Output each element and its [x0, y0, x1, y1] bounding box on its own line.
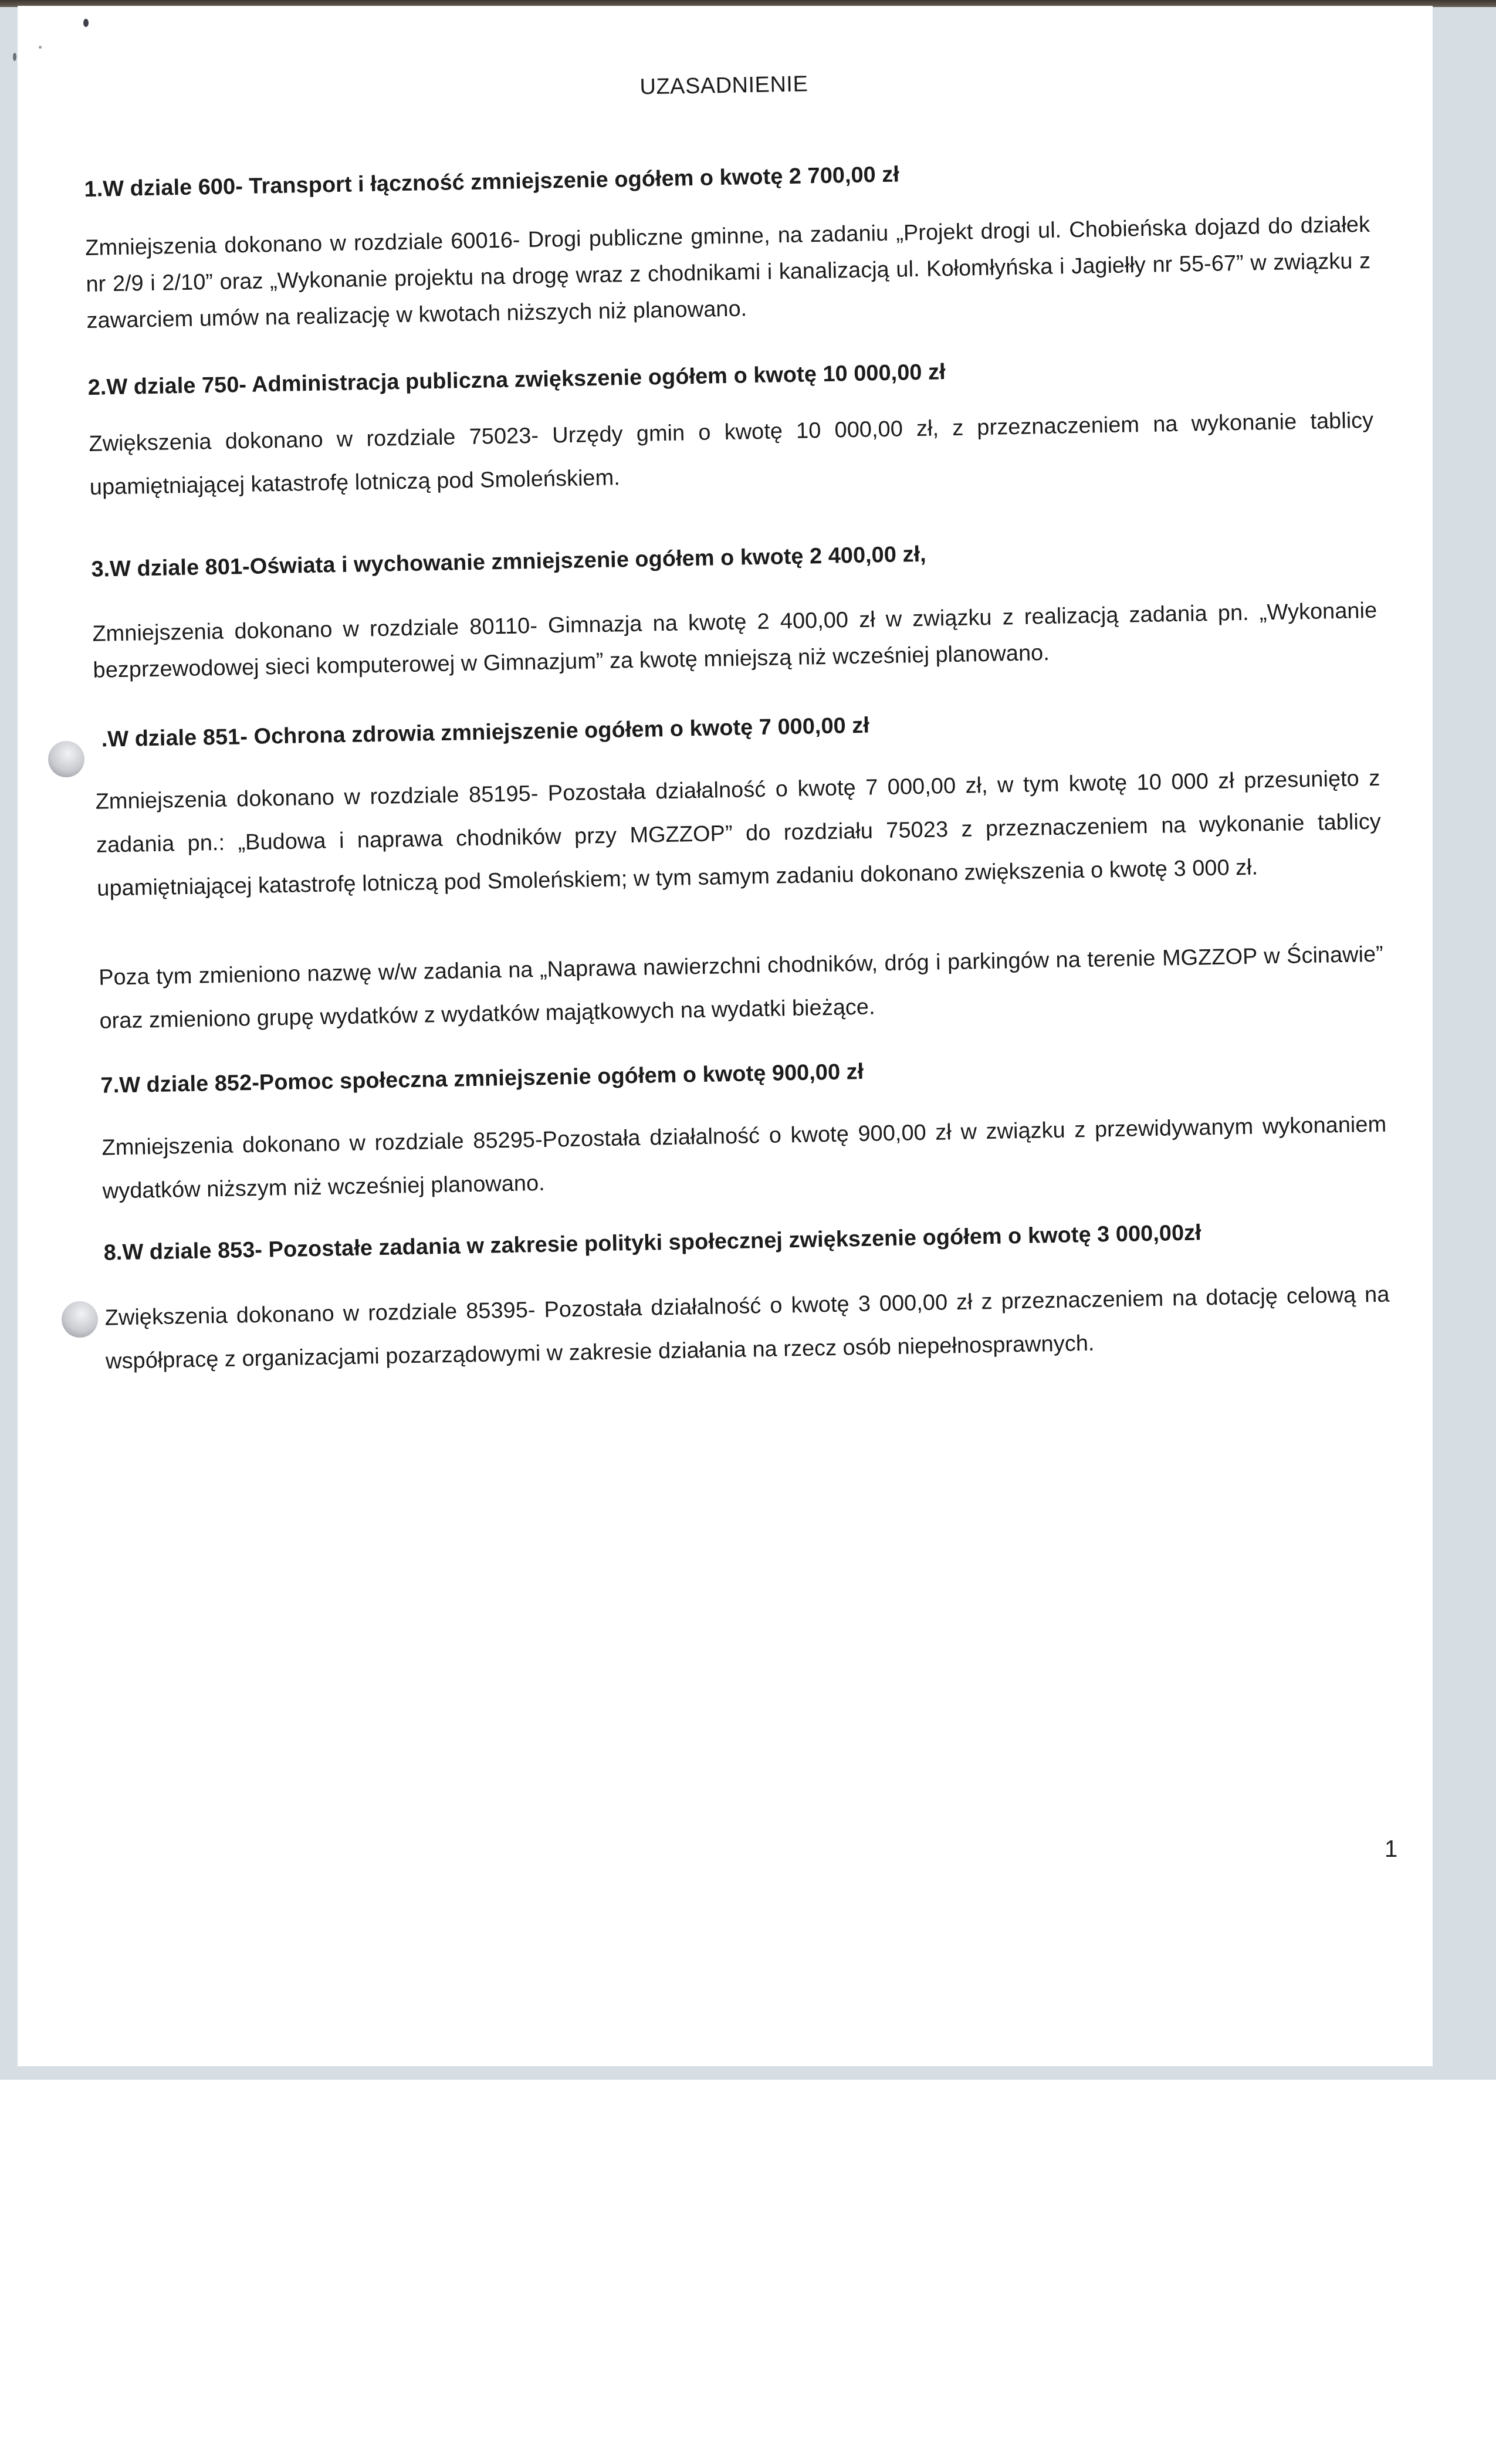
- document-page: UZASADNIENIE 1.W dziale 600- Transport i…: [18, 6, 1433, 2066]
- dust-speck: [13, 53, 16, 61]
- section-paragraph-851: Zmniejszenia dokonano w rozdziale 85195-…: [95, 757, 1382, 911]
- section-heading-852: 7.W dziale 852-Pomoc społeczna zmniejsze…: [100, 1060, 864, 1099]
- section-paragraph-750: Zwiększenia dokonano w rozdziale 75023- …: [89, 399, 1375, 509]
- section-paragraph-851-name-change: Poza tym zmieniono nazwę w/w zadania na …: [98, 933, 1384, 1043]
- document-body: UZASADNIENIE 1.W dziale 600- Transport i…: [82, 52, 1402, 76]
- punch-hole: [62, 1301, 98, 1338]
- section-paragraph-853: Zwiększenia dokonano w rozdziale 85395- …: [104, 1273, 1390, 1383]
- section-paragraph-852: Zmniejszenia dokonano w rozdziale 85295-…: [101, 1103, 1387, 1213]
- punch-hole: [48, 741, 84, 777]
- page-number: 1: [1385, 1836, 1397, 1863]
- section-heading-600: 1.W dziale 600- Transport i łączność zmn…: [84, 163, 899, 202]
- section-heading-750: 2.W dziale 750- Administracja publiczna …: [87, 360, 946, 401]
- document-title: UZASADNIENIE: [639, 72, 808, 100]
- section-paragraph-801: Zmniejszenia dokonano w rozdziale 80110-…: [92, 593, 1378, 689]
- dust-speck: [83, 19, 89, 27]
- dust-speck: [39, 46, 42, 49]
- section-heading-851: .W dziale 851- Ochrona zdrowia zmniejsze…: [101, 713, 869, 753]
- section-heading-801: 3.W dziale 801-Oświata i wychowanie zmni…: [91, 542, 926, 583]
- section-paragraph-600: Zmniejszenia dokonano w rozdziale 60016-…: [85, 207, 1372, 339]
- section-heading-853: 8.W dziale 853- Pozostałe zadania w zakr…: [103, 1220, 1201, 1265]
